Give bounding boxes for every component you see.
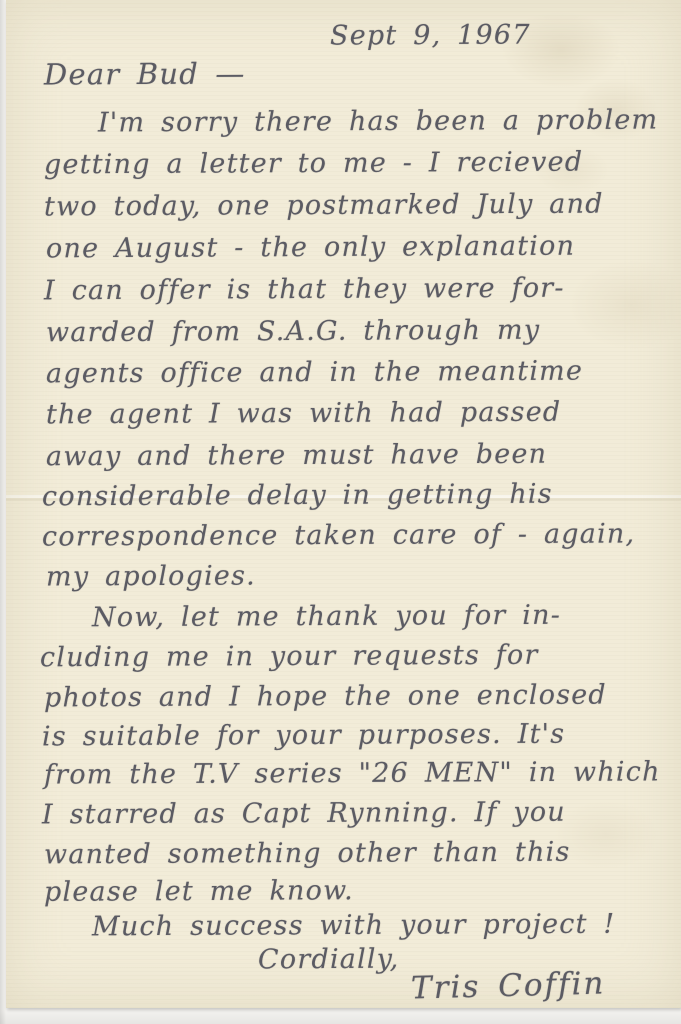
letter-line: I starred as Capt Rynning. If you (42, 797, 566, 831)
letter-line: correspondence taken care of - again, (42, 518, 635, 552)
letter-line: I'm sorry there has been a problem (98, 105, 658, 139)
letter-line: cluding me in your requests for (40, 640, 539, 674)
letter-line: warded from S.A.G. through my (46, 315, 540, 349)
letter-line: the agent I was with had passed (46, 397, 562, 431)
scanned-letter-photo: Sept 9, 1967 Dear Bud — I'm sorry there … (0, 0, 681, 1024)
letter-line: I can offer is that they were for- (44, 273, 565, 307)
letter-closing: Cordially, (258, 944, 400, 976)
letter-signature: Tris Coffin (411, 965, 606, 1006)
letter-line: please let me know. (44, 875, 354, 908)
letter-line: agents office and in the meantime (46, 356, 583, 390)
letter-line: Now, let me thank you for in- (92, 600, 561, 633)
letter-line: considerable delay in getting his (42, 479, 553, 513)
letter-date: Sept 9, 1967 (330, 19, 531, 51)
letter-line: two today, one postmarked July and (44, 189, 604, 223)
letter-line: photos and I hope the one enclosed (44, 680, 607, 714)
letter-line: Much success with your project ! (92, 909, 616, 943)
letter-line: wanted something other than this (44, 837, 571, 871)
letter-line: my apologies. (46, 560, 256, 592)
letter-line: is suitable for your purposes. It's (42, 719, 565, 753)
letter-line: away and there must have been (46, 439, 547, 473)
letter-line: from the T.V series "26 MEN" in which (44, 756, 661, 790)
letter-line: one August - the only explanation (46, 231, 575, 265)
letter-line: getting a letter to me - I recieved (44, 147, 583, 181)
letter-salutation: Dear Bud — (44, 56, 246, 91)
letter-paper: Sept 9, 1967 Dear Bud — I'm sorry there … (6, 0, 681, 1008)
